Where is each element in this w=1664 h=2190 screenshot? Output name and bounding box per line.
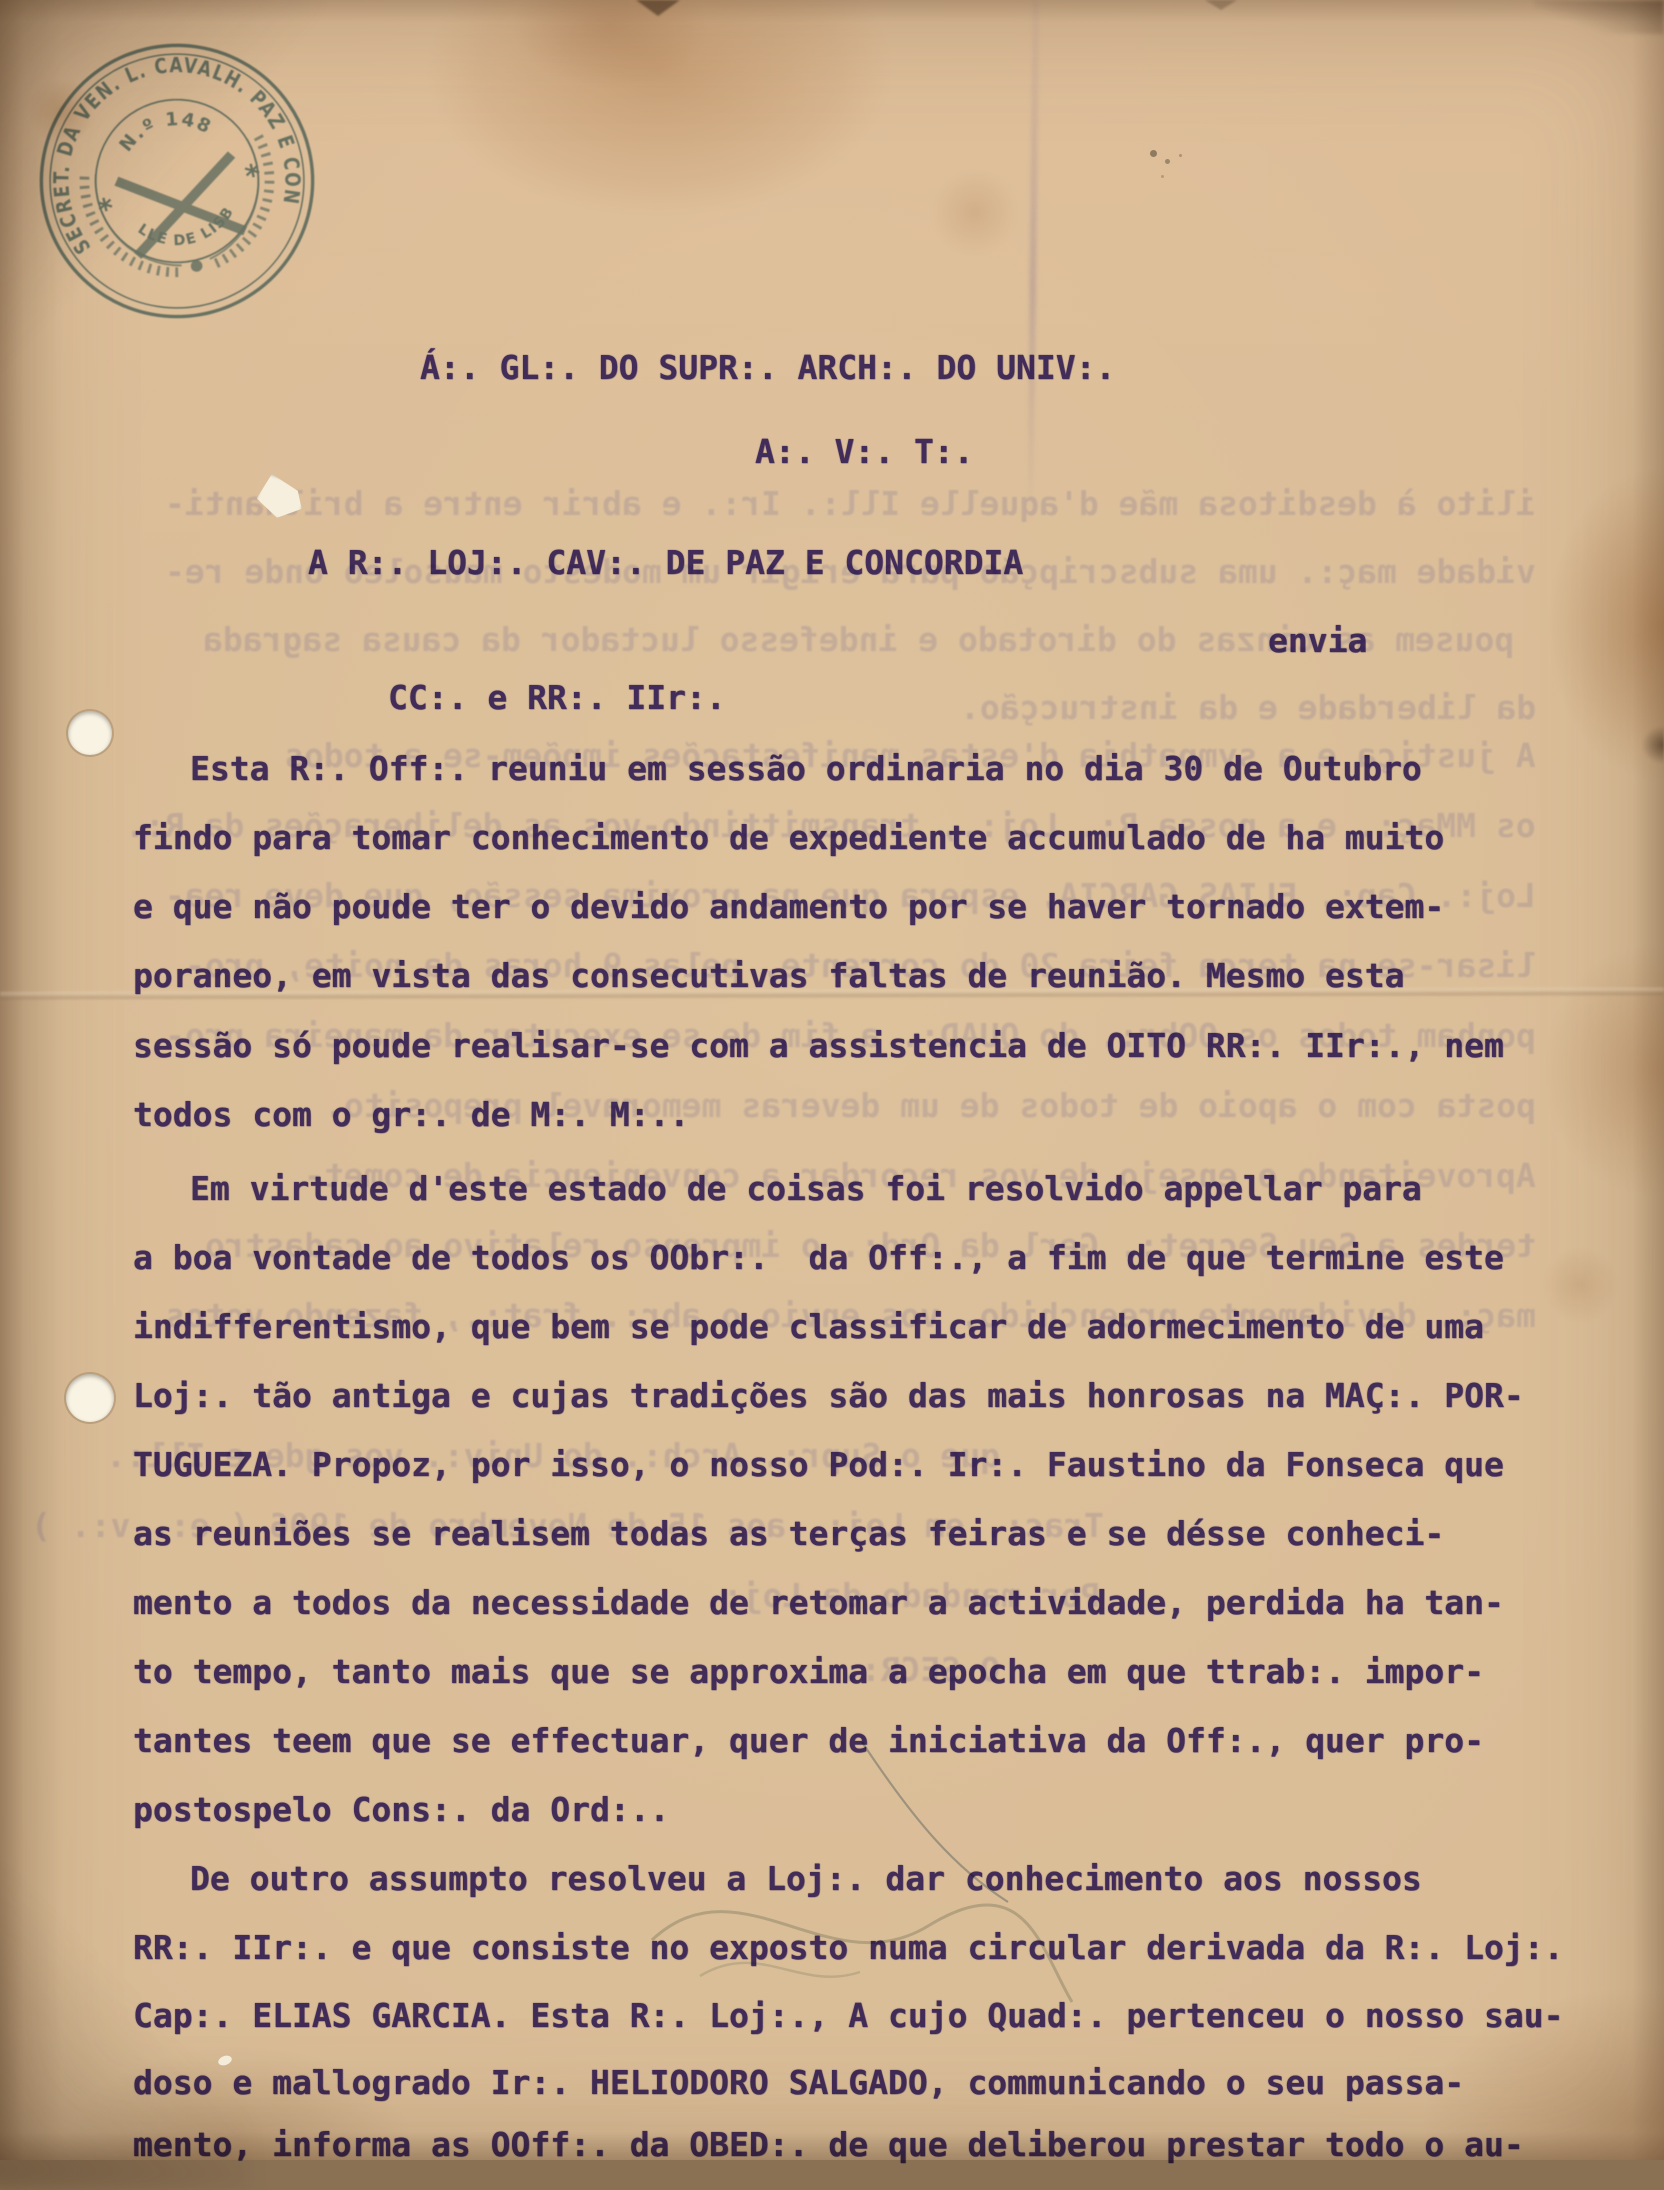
- punch-hole-top: [68, 711, 112, 755]
- document-page: ilito à desditosa mãe d'aquelle Ill:. Ir…: [0, 0, 1664, 2160]
- punch-hole-bottom: [66, 1374, 114, 1422]
- faint-pencil-marks: [0, 0, 1664, 2160]
